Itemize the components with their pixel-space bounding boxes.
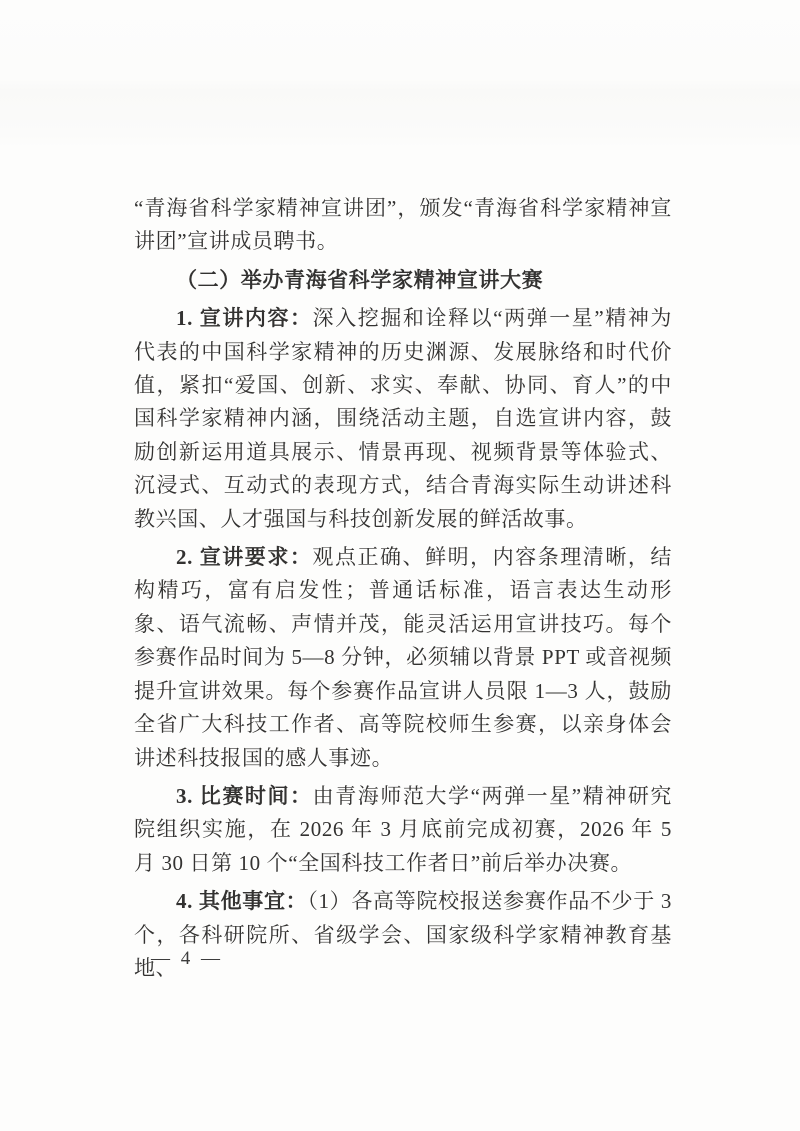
paragraph-label: 2. 宣讲要求： — [176, 545, 312, 569]
paragraph-continuation: “青海省科学家精神宣讲团”，颁发“青海省科学家精神宣讲团”宣讲成员聘书。 — [134, 192, 672, 259]
paragraph-label: 1. 宣讲内容： — [176, 306, 313, 330]
paragraph-item-2: 2. 宣讲要求：观点正确、鲜明，内容条理清晰，结构精巧，富有启发性；普通话标准，… — [134, 541, 672, 775]
paragraph-label: 4. 其他事宜： — [176, 889, 307, 913]
paragraph-label: 3. 比赛时间： — [176, 784, 313, 808]
paragraph-item-4: 4. 其他事宜：（1）各高等院校报送参赛作品不少于 3 个，各科研院所、省级学会… — [134, 885, 672, 985]
section-heading: （二）举办青海省科学家精神宣讲大赛 — [134, 264, 672, 297]
text-block: “青海省科学家精神宣讲团”，颁发“青海省科学家精神宣讲团”宣讲成员聘书。 （二）… — [134, 192, 672, 985]
paragraph-text: 观点正确、鲜明，内容条理清晰，结构精巧，富有启发性；普通话标准，语言表达生动形象… — [134, 545, 672, 769]
paragraph-text: 深入挖掘和诠释以“两弹一星”精神为代表的中国科学家精神的历史渊源、发展脉络和时代… — [134, 306, 672, 530]
document-page: “青海省科学家精神宣讲团”，颁发“青海省科学家精神宣讲团”宣讲成员聘书。 （二）… — [0, 0, 800, 1131]
paragraph-item-3: 3. 比赛时间：由青海师范大学“两弹一星”精神研究院组织实施，在 2026 年 … — [134, 780, 672, 880]
paragraph-text: “青海省科学家精神宣讲团”，颁发“青海省科学家精神宣讲团”宣讲成员聘书。 — [134, 196, 672, 253]
paragraph-item-1: 1. 宣讲内容：深入挖掘和诠释以“两弹一星”精神为代表的中国科学家精神的历史渊源… — [134, 302, 672, 536]
section-heading-text: （二）举办青海省科学家精神宣讲大赛 — [176, 268, 543, 292]
page-number: — 4 — — [151, 948, 223, 970]
